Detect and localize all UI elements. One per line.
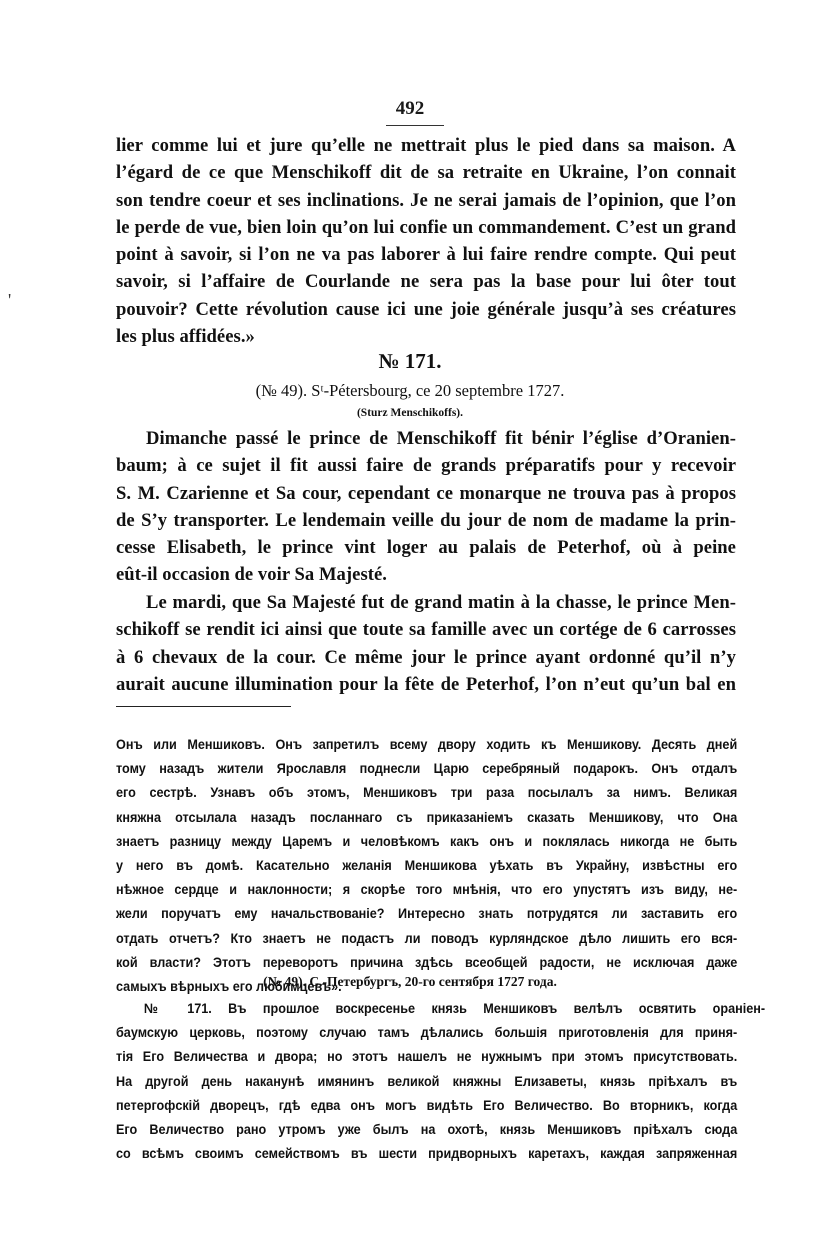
text-line: le perde de vue, bien loin qu’on lui con… — [116, 214, 736, 241]
text-line: lier comme lui et jure qu’elle ne mettra… — [116, 132, 736, 159]
margin-mark: ' — [8, 290, 11, 311]
text-line: S. M. Czarienne et Sa cour, cependant ce… — [116, 480, 736, 507]
text-line: Онъ или Меншиковъ. Онъ запретилъ всему д… — [116, 733, 737, 757]
text-line: знаетъ разницу между Царемъ и человѣкомъ… — [116, 830, 737, 854]
text-line: aurait aucune illumination pour la fête … — [116, 671, 736, 698]
document-page: 492 ' lier comme lui et jure qu’elle ne … — [0, 0, 820, 1256]
text-line: его сестрѣ. Узнавъ объ этомъ, Меншиковъ … — [116, 781, 737, 805]
russian-continuation: Онъ или Меншиковъ. Онъ запретилъ всему д… — [116, 733, 694, 999]
text-line: жели поручатъ ему начальствованіе? Интер… — [116, 902, 737, 926]
russian-paragraph: № 171. Въ прошлое воскресенье князь Менш… — [116, 997, 694, 1166]
text-line: Le mardi, que Sa Majesté fut de grand ma… — [116, 589, 736, 616]
text-line: со всѣмъ своимъ семействомъ въ шести при… — [116, 1142, 737, 1166]
text-line: les plus affidées.» — [116, 323, 736, 350]
text-line: петергофскій дворецъ, гдѣ едва онъ могъ … — [116, 1094, 737, 1118]
text-line: отдать отчетъ? Кто знаетъ не подастъ ли … — [116, 927, 737, 951]
text-line: cesse Elisabeth, le prince vint loger au… — [116, 534, 736, 561]
page-number-rule — [386, 125, 444, 126]
document-number: № 171. — [0, 349, 820, 374]
french-continuation: lier comme lui et jure qu’elle ne mettra… — [116, 132, 736, 350]
footnote-separator — [116, 706, 291, 707]
text-line: point à savoir, si l’on ne va pas labore… — [116, 241, 736, 268]
text-line: нѣжное сердце и наклонности; я скорѣе то… — [116, 878, 737, 902]
dateline: (№ 49). Sᵗ-Pétersbourg, ce 20 septembre … — [0, 381, 820, 401]
text-line: кой власти? Этотъ переворотъ причина здѣ… — [116, 951, 737, 975]
text-line: Его Величество рано утромъ уже былъ на о… — [116, 1118, 737, 1142]
text-line: На другой день наканунѣ имянинъ великой … — [116, 1070, 737, 1094]
text-line: baum; à ce sujet il fit aussi faire de g… — [116, 452, 736, 479]
text-line: savoir, si l’affaire de Courlande ne ser… — [116, 268, 736, 295]
french-paragraph-2: Le mardi, que Sa Majesté fut de grand ma… — [116, 589, 736, 698]
french-paragraph-1: Dimanche passé le prince de Menschikoff … — [116, 425, 736, 589]
text-line: de S’y transporter. Le lendemain veille … — [116, 507, 736, 534]
page-number: 492 — [0, 98, 820, 120]
text-line: № 171. Въ прошлое воскресенье князь Менш… — [116, 997, 765, 1021]
text-line: княжна отсылала назадъ посланнаго съ при… — [116, 806, 737, 830]
text-line: баумскую церковь, поэтому случаю тамъ дѣ… — [116, 1021, 737, 1045]
document-subtitle: (Sturz Menschikoffs). — [0, 407, 820, 419]
text-line: тія Его Величества и двора; но этотъ наш… — [116, 1045, 737, 1069]
text-line: l’égard de ce que Menschikoff dit de sa … — [116, 159, 736, 186]
text-line: pouvoir? Cette révolution cause ici une … — [116, 296, 736, 323]
text-line: schikoff se rendit ici ainsi que toute s… — [116, 616, 736, 643]
text-line: тому назадъ жители Ярославля поднесли Ца… — [116, 757, 737, 781]
text-line: у него въ домѣ. Касательно желанія Менши… — [116, 854, 737, 878]
russian-dateline: (№ 49). С.-Петербургъ, 20-го сентября 17… — [0, 974, 820, 990]
text-line: Dimanche passé le prince de Menschikoff … — [116, 425, 736, 452]
text-line: à 6 chevaux de la cour. Ce même jour le … — [116, 644, 736, 671]
text-line: eût-il occasion de voir Sa Majesté. — [116, 561, 736, 588]
text-line: son tendre coeur et ses inclinations. Je… — [116, 187, 736, 214]
